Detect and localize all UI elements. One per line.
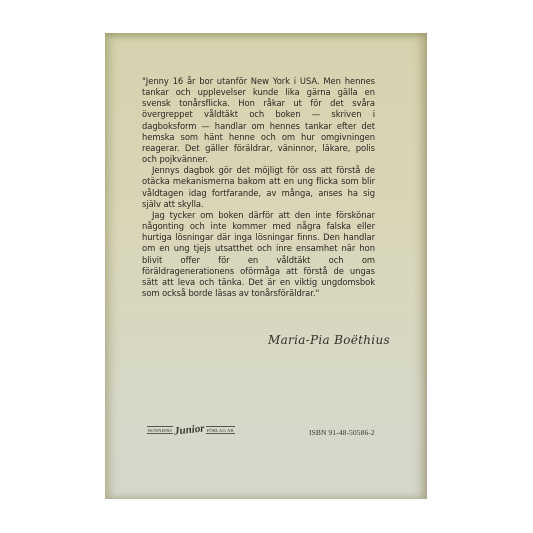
publisher-script: Junior: [174, 422, 206, 437]
publisher-name-left: BONNIERS: [147, 426, 173, 434]
publisher-logo: BONNIERS Junior FÖRLAG AB: [147, 424, 235, 436]
blurb-text: "Jenny 16 år bor utanför New York i USA.…: [142, 76, 375, 299]
book-back-cover: "Jenny 16 år bor utanför New York i USA.…: [105, 33, 427, 499]
publisher-name-right: FÖRLAG AB: [206, 426, 235, 434]
blurb-paragraph: Jennys dagbok gör det möjligt för oss at…: [142, 165, 375, 210]
blurb-paragraph: Jag tycker om boken därför att den inte …: [142, 210, 375, 299]
isbn: ISBN 91-48-50586-2: [309, 428, 375, 437]
blurb-paragraph: "Jenny 16 år bor utanför New York i USA.…: [142, 76, 375, 165]
author-signature: Maria-Pia Boëthius: [268, 333, 390, 347]
